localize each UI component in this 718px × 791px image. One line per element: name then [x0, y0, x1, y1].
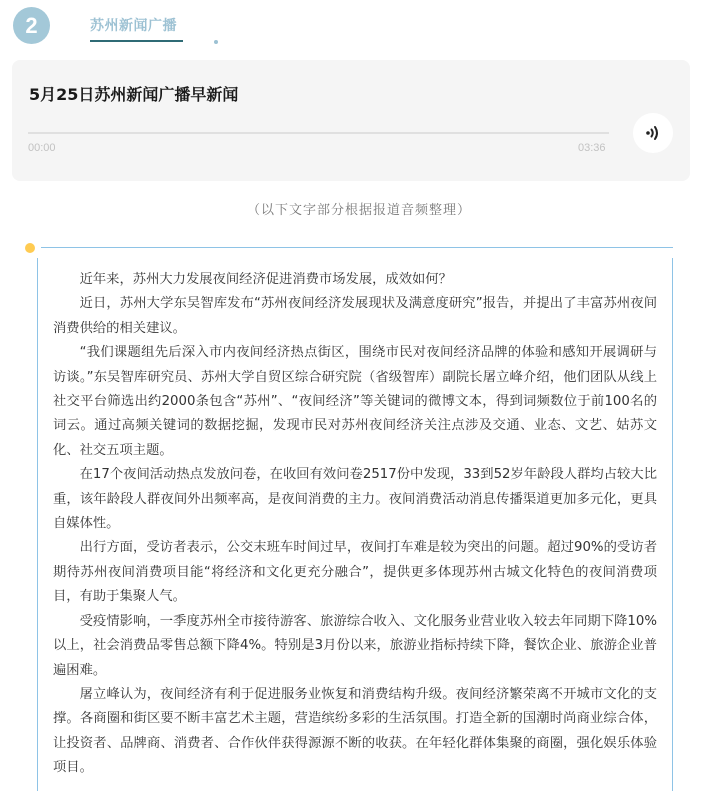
audio-current-time: 00:00 — [28, 142, 56, 154]
article-paragraph: “我们课题组先后深入市内夜间经济热点街区，围绕市民对夜间经济品牌的体验和感知开展… — [53, 341, 657, 463]
article-paragraph: 在17个夜间活动热点发放问卷，在收回有效问卷2517份中发现，33到52岁年龄段… — [53, 463, 657, 536]
article-paragraph: 近年来，苏州大力发展夜间经济促进消费市场发展，成效如何？ — [53, 268, 657, 292]
article-body: 近年来，苏州大力发展夜间经济促进消费市场发展，成效如何？ 近日，苏州大学东吴智库… — [53, 268, 657, 781]
decorative-dot — [214, 40, 218, 44]
article-paragraph: 受疫情影响，一季度苏州全市接待游客、旅游综合收入、文化服务业营业收入较去年同期下… — [53, 610, 657, 683]
frame-left-border — [37, 258, 38, 791]
section-number-badge: 2 — [13, 7, 50, 44]
audio-duration: 03:36 — [578, 142, 606, 154]
section-title: 苏州新闻广播 — [90, 15, 177, 35]
audio-progress-bar[interactable] — [28, 132, 609, 134]
frame-top-border — [41, 247, 673, 248]
play-button[interactable] — [633, 113, 673, 153]
speaker-wave-icon — [644, 124, 662, 142]
audio-player: 5月25日苏州新闻广播早新闻 00:00 03:36 — [12, 60, 690, 181]
section-title-underline — [90, 40, 183, 42]
frame-dot-decoration — [25, 243, 35, 253]
transcript-note: （以下文字部分根据报道音频整理） — [0, 199, 718, 218]
article-paragraph: 出行方面，受访者表示，公交末班车时间过早，夜间打车难是较为突出的问题。超过90%… — [53, 536, 657, 609]
article-paragraph: 屠立峰认为，夜间经济有利于促进服务业恢复和消费结构升级。夜间经济繁荣离不开城市文… — [53, 683, 657, 781]
article-paragraph: 近日，苏州大学东吴智库发布“苏州夜间经济发展现状及满意度研究”报告，并提出了丰富… — [53, 292, 657, 341]
audio-title: 5月25日苏州新闻广播早新闻 — [29, 82, 238, 105]
frame-right-border — [672, 258, 673, 791]
